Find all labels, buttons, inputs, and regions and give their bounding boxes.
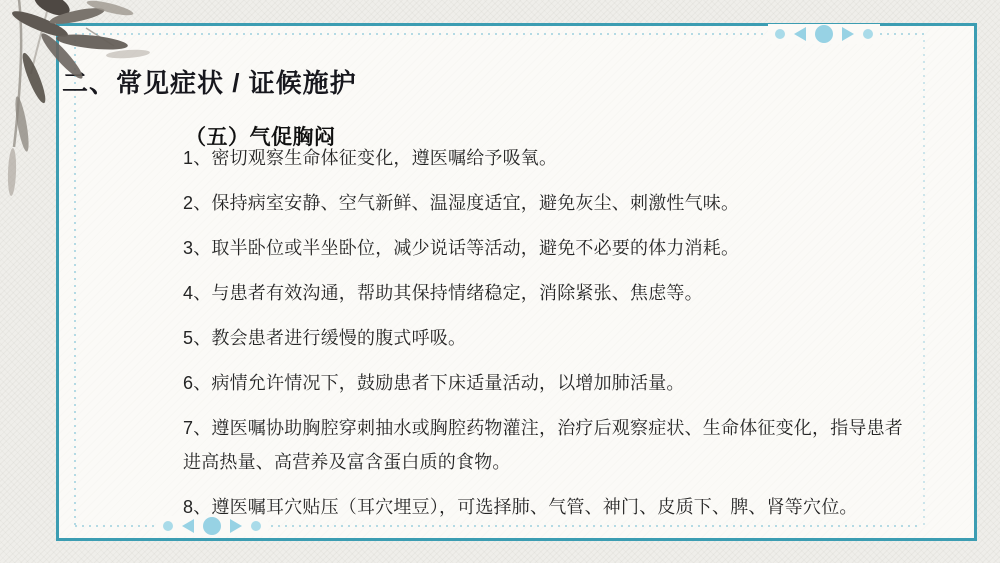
care-item: 3、取半卧位或半坐卧位，减少说话等活动，避免不必要的体力消耗。 <box>183 231 975 265</box>
care-item: 4、与患者有效沟通，帮助其保持情绪稳定，消除紧张、焦虑等。 <box>183 276 975 310</box>
care-instructions-list: 1、密切观察生命体征变化，遵医嘱给予吸氧。2、保持病室安静、空气新鲜、温湿度适宜… <box>183 141 975 535</box>
dot-icon <box>863 29 873 39</box>
triangle-left-icon <box>794 27 806 41</box>
dashed-line-left <box>74 35 76 525</box>
slide: 二、常见症状 / 证候施护 （五）气促胸闷 1、密切观察生命体征变化，遵医嘱给予… <box>0 0 1000 563</box>
care-item: 5、教会患者进行缓慢的腹式呼吸。 <box>183 321 975 355</box>
deco-cluster-top-right <box>768 24 880 44</box>
dot-icon <box>815 25 833 43</box>
page-title: 二、常见症状 / 证候施护 <box>62 63 357 100</box>
care-item: 6、病情允许情况下，鼓励患者下床适量活动，以增加肺活量。 <box>183 366 975 400</box>
care-item: 2、保持病室安静、空气新鲜、温湿度适宜，避免灰尘、刺激性气味。 <box>183 186 975 220</box>
triangle-right-icon <box>842 27 854 41</box>
care-item: 1、密切观察生命体征变化，遵医嘱给予吸氧。 <box>183 141 975 175</box>
care-item: 7、遵医嘱协助胸腔穿刺抽水或胸腔药物灌注，治疗后观察症状、生命体征变化，指导患者… <box>183 411 975 479</box>
dot-icon <box>163 521 173 531</box>
care-item: 8、遵医嘱耳穴贴压（耳穴埋豆），可选择肺、气管、神门、皮质下、脾、肾等穴位。 <box>183 490 975 524</box>
dot-icon <box>775 29 785 39</box>
